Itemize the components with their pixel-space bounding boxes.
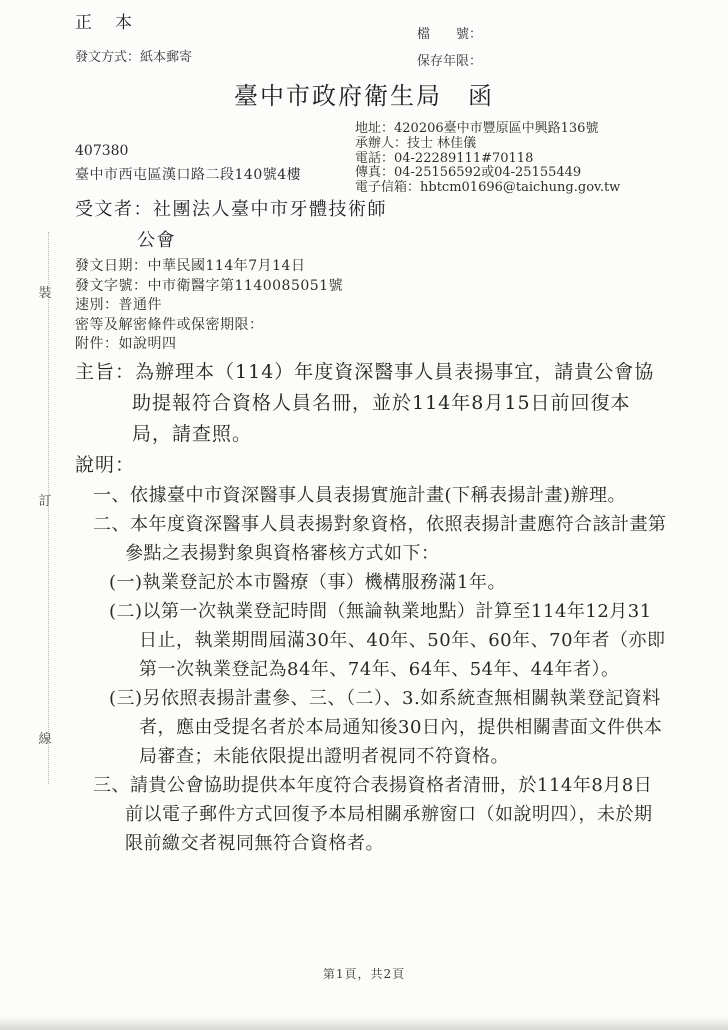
agency-info-block: 地址：420206臺中市豐原區中興路136號 承辦人：技士 林佳儀 電話：04-… — [355, 122, 685, 196]
recipient-name-line1: 社團法人臺中市牙體技術師 — [153, 199, 387, 220]
recipient-name-line2: 公會 — [137, 225, 505, 256]
scan-artifact-bottom-edge — [0, 1016, 728, 1030]
recipient-block: 受文者：社團法人臺中市牙體技術師 公會 — [75, 194, 505, 256]
letter-body: 主旨：為辦理本（114）年度資深醫事人員表揚事宜，請貴公會協助提報符合資格人員名… — [75, 357, 669, 858]
subject-label: 主旨： — [75, 361, 135, 383]
description-item-2-sub-2: (二)以第一次執業登記時間（無論執業地點）計算至114年12月31日止，執業期間… — [109, 597, 669, 684]
issue-date: 發文日期：中華民國114年7月14日 — [75, 257, 343, 277]
description-item-2-sub-3: (三)另依照表揚計畫參、三、（二）、3.如系統查無相關執業登記資料者，應由受提名… — [109, 684, 669, 771]
document-title: 臺中市政府衛生局 函 — [0, 76, 728, 111]
document-number: 發文字號：中市衛醫字第1140085051號 — [75, 277, 343, 297]
page-number-footer: 第1頁，共2頁 — [0, 965, 728, 982]
official-letter-page: 裝 訂 線 正 本 發文方式：紙本郵寄 檔 號： 保存年限： 臺中市政府衛生局 … — [0, 0, 728, 1030]
copy-type-label: 正 本 — [75, 8, 135, 33]
recipient-postal-code: 407380 — [75, 143, 128, 159]
recipient-label: 受文者： — [75, 199, 153, 220]
agency-fax: 傳真：04-25156592或04-25155449 — [355, 166, 685, 181]
item-text: 本年度資深醫事人員表揚對象資格，依照表揚計畫應符合該計畫第參點之表揚對象與資格審… — [125, 514, 667, 564]
item-number: 三、 — [93, 775, 130, 796]
subitem-number: (三) — [109, 688, 143, 709]
subitem-number: (二) — [109, 601, 143, 622]
subitem-text: 另依照表揚計畫參、三、（二）、3.如系統查無相關執業登記資料者，應由受提名者於本… — [139, 688, 662, 767]
binding-char-ding: 訂 — [37, 490, 53, 509]
binding-char-xian: 線 — [37, 728, 53, 747]
subitem-number: (一) — [109, 572, 143, 593]
subject-paragraph: 主旨：為辦理本（114）年度資深醫事人員表揚事宜，請貴公會協助提報符合資格人員名… — [75, 357, 669, 450]
binding-char-zhuang: 裝 — [37, 282, 53, 301]
subject-text: 為辦理本（114）年度資深醫事人員表揚事宜，請貴公會協助提報符合資格人員名冊，並… — [132, 361, 654, 445]
subitem-text: 以第一次執業登記時間（無論執業地點）計算至114年12月31日止，執業期間屆滿3… — [139, 601, 666, 680]
attachment-note: 附件：如說明四 — [75, 335, 343, 355]
description-label: 說明： — [75, 450, 669, 481]
document-meta-block: 發文日期：中華民國114年7月14日 發文字號：中市衛醫字第1140085051… — [75, 257, 343, 355]
item-text: 請貴公會協助提供本年度符合表揚資格者清冊，於114年8月8日前以電子郵件方式回復… — [125, 775, 653, 854]
security-classification: 密等及解密條件或保密期限： — [75, 316, 343, 336]
priority-level: 速別：普通件 — [75, 296, 343, 316]
agency-officer: 承辦人：技士 林佳儀 — [355, 137, 685, 152]
recipient-street-address: 臺中市西屯區漢口路二段140號4樓 — [75, 164, 301, 184]
description-item-3: 三、請貴公會協助提供本年度符合表揚資格者清冊，於114年8月8日前以電子郵件方式… — [93, 771, 669, 858]
delivery-method-label: 發文方式：紙本郵寄 — [75, 46, 192, 65]
item-text: 依據臺中市資深醫事人員表揚實施計畫(下稱表揚計畫)辦理。 — [130, 485, 626, 506]
file-number-label: 檔 號： — [417, 23, 482, 42]
item-number: 一、 — [93, 485, 130, 506]
agency-address: 地址：420206臺中市豐原區中興路136號 — [355, 122, 685, 137]
retention-period-label: 保存年限： — [417, 50, 482, 69]
subitem-text: 執業登記於本市醫療（事）機構服務滿1年。 — [143, 572, 506, 593]
description-item-2: 二、本年度資深醫事人員表揚對象資格，依照表揚計畫應符合該計畫第參點之表揚對象與資… — [93, 510, 669, 568]
item-number: 二、 — [93, 514, 130, 535]
description-item-2-sub-1: (一)執業登記於本市醫療（事）機構服務滿1年。 — [109, 568, 669, 597]
description-item-1: 一、依據臺中市資深醫事人員表揚實施計畫(下稱表揚計畫)辦理。 — [93, 481, 669, 510]
